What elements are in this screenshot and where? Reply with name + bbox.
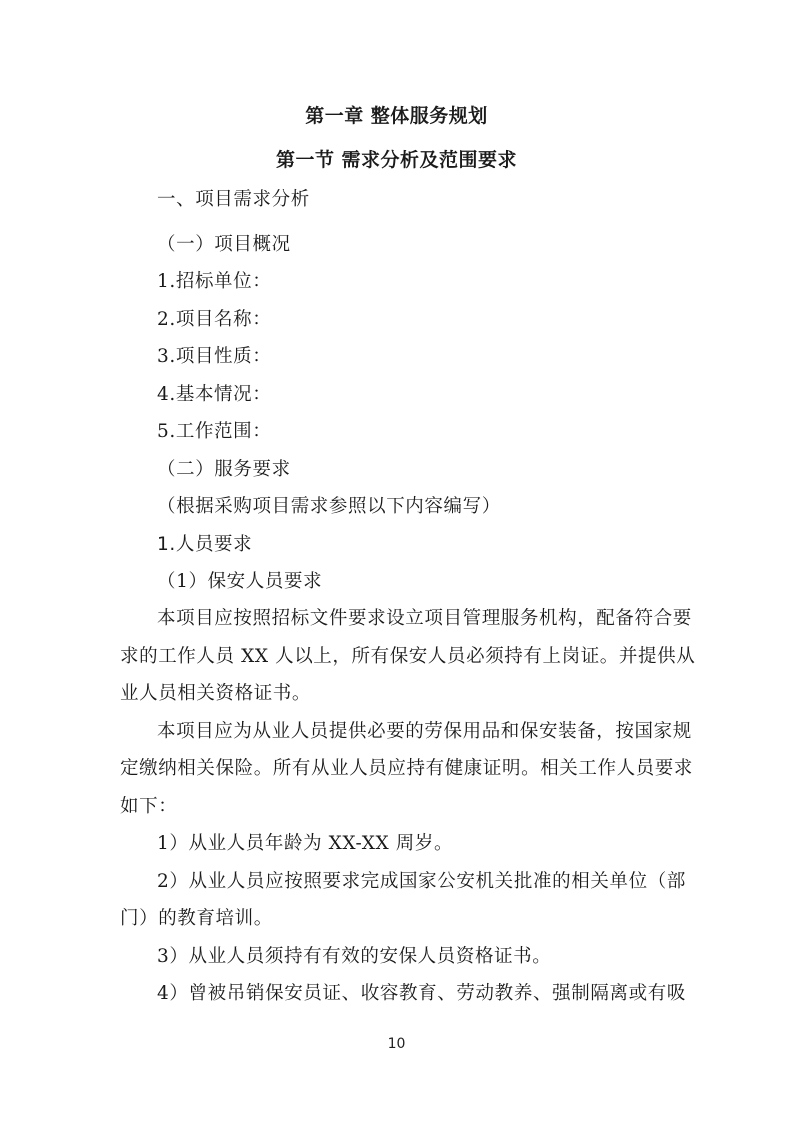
page-number: 10 bbox=[0, 1036, 793, 1052]
list-item-continuation: 门）的教育培训。 bbox=[120, 907, 273, 931]
requirement-heading: 1.人员要求 bbox=[157, 533, 252, 557]
paragraph-line: 业人员相关资格证书。 bbox=[120, 682, 311, 706]
paragraph-line: 本项目应为从业人员提供必要的劳保用品和保安装备，按国家规 bbox=[157, 720, 686, 744]
paragraph-line: 本项目应按照招标文件要求设立项目管理服务机构，配备符合要 bbox=[157, 607, 686, 631]
subheading-service-requirements: （二）服务要求 bbox=[157, 458, 291, 482]
paragraph-line: 如下： bbox=[120, 795, 177, 819]
chapter-title: 第一章 整体服务规划 bbox=[0, 104, 793, 128]
overview-item: 2.项目名称： bbox=[157, 308, 271, 332]
overview-item: 4.基本情况： bbox=[157, 383, 271, 407]
list-item: 2）从业人员应按照要求完成国家公安机关批准的相关单位（部 bbox=[157, 870, 686, 894]
drafting-note: （根据采购项目需求参照以下内容编写） bbox=[157, 495, 501, 519]
subheading-project-overview: （一）项目概况 bbox=[157, 233, 291, 257]
list-item: 1）从业人员年龄为 XX-XX 周岁。 bbox=[157, 832, 453, 856]
heading-project-needs-analysis: 一、项目需求分析 bbox=[157, 188, 310, 212]
requirement-subheading: （1）保安人员要求 bbox=[157, 570, 322, 594]
document-page: 第一章 整体服务规划 第一节 需求分析及范围要求 一、项目需求分析 （一）项目概… bbox=[0, 0, 793, 1122]
overview-item: 3.项目性质： bbox=[157, 345, 271, 369]
paragraph-line: 求的工作人员 XX 人以上，所有保安人员必须持有上岗证。并提供从 bbox=[120, 645, 686, 669]
overview-item: 1.招标单位： bbox=[157, 270, 271, 294]
list-item: 4）曾被吊销保安员证、收容教育、劳动教养、强制隔离或有吸 bbox=[157, 982, 686, 1006]
section-title: 第一节 需求分析及范围要求 bbox=[0, 148, 793, 172]
paragraph-line: 定缴纳相关保险。所有从业人员应持有健康证明。相关工作人员要求 bbox=[120, 757, 686, 781]
overview-item: 5.工作范围： bbox=[157, 420, 271, 444]
list-item: 3）从业人员须持有有效的安保人员资格证书。 bbox=[157, 945, 551, 969]
